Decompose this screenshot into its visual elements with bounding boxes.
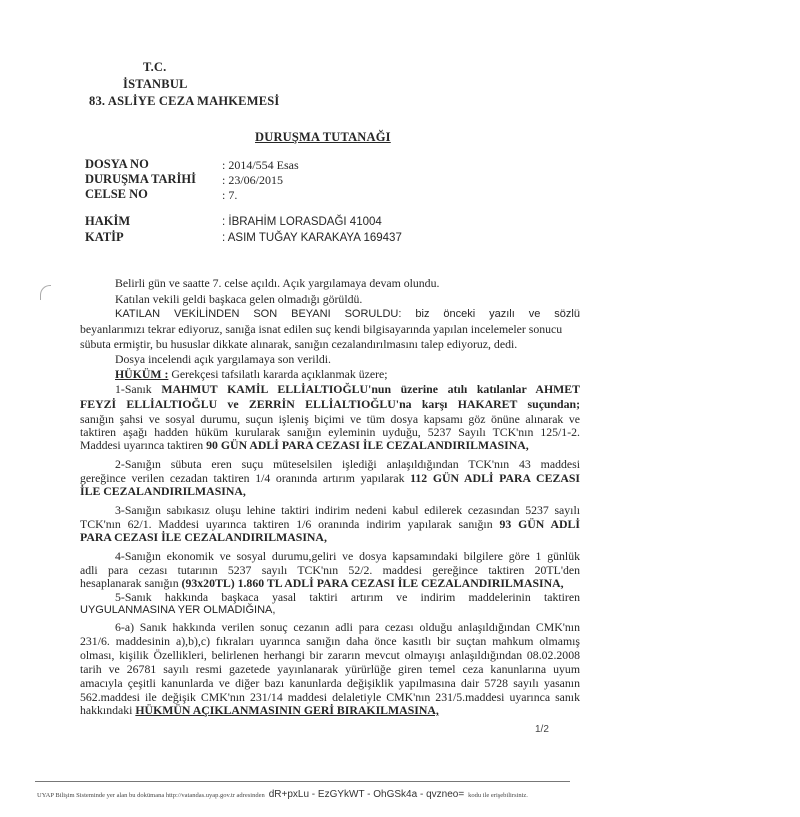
item3-l2: TCK'nın 62/1. Maddesi uyarınca taktiren …: [80, 517, 580, 531]
hukum-label: HÜKÜM :: [115, 367, 168, 381]
field-label-dosya-no: DOSYA NO: [85, 157, 149, 172]
field-value-katip: : ASIM TUĞAY KARAKAYA 169437: [222, 232, 402, 244]
item1-l5: Maddesi uyarınca taktiren 90 GÜN ADLİ PA…: [80, 438, 529, 452]
item6-l6: 562.maddesi ile değişik CMK'nın 231/14 m…: [80, 690, 580, 704]
header-city: İSTANBUL: [123, 77, 188, 92]
header-tc: T.C.: [143, 60, 167, 75]
item2-l1: 2-Sanığın sübuta eren suçu müteselsilen …: [115, 457, 580, 471]
document-title: DURUŞMA TUTANAĞI: [255, 130, 391, 145]
footer: UYAP Bilişim Sisteminde yer alan bu dokü…: [37, 784, 528, 802]
scan-mark: [40, 285, 51, 300]
paragraph-attendance: Katılan vekili geldi başkaca gelen olmad…: [115, 292, 362, 306]
item2-l3: İLE CEZALANDIRILMASINA,: [80, 484, 246, 498]
footer-text: UYAP Bilişim Sisteminde yer alan bu dokü…: [37, 792, 265, 799]
paragraph-statement-l1: KATILAN VEKİLİNDEN SON BEYANI SORULDU: b…: [115, 307, 580, 321]
item1-l4: taktiren aşağı hadden hüküm kurularak sa…: [80, 425, 580, 439]
item4-l3: hesaplanarak sanığın (93x20TL) 1.860 TL …: [80, 576, 564, 590]
field-value-hakim: : İBRAHİM LORASDAĞI 41004: [222, 216, 382, 228]
item2-l2: gereğince verilen cezadan taktiren 1/4 o…: [80, 471, 580, 485]
item3-l1: 3-Sanığın sabıkasız oluşu lehine taktiri…: [115, 503, 580, 517]
hukum-text: Gerekçesi tafsilatlı kararda açıklanmak …: [168, 367, 387, 381]
item4-l2: adli para cezası tutarının 5237 sayılı T…: [80, 563, 580, 577]
item1-l2: FEYZİ ELLİALTIOĞLU ve ZERRİN ELLİALTIOĞL…: [80, 397, 580, 411]
item6-l4: tarih ve 26781 sayılı resmi gazetede yay…: [80, 662, 580, 676]
paragraph-statement-l2: beyanlarımızı tekrar ediyoruz, sanığa is…: [80, 322, 562, 336]
item6-l1: 6-a) Sanık hakkında verilen sonuç cezanı…: [115, 620, 580, 634]
paragraph-closed: Dosya incelendi açık yargılamaya son ver…: [115, 352, 331, 366]
item5-l2: UYGULANMASINA YER OLMADIĞINA,: [80, 603, 275, 617]
paragraph-statement-l3: sübuta ermiştir, bu hususlar dikkate alı…: [80, 337, 517, 351]
item6-l5: amacıyla çeşitli kanunlarda ve diğer baz…: [80, 676, 580, 690]
field-value-durusma-tarihi: : 23/06/2015: [222, 173, 283, 188]
item4-l1: 4-Sanığın ekonomik ve sosyal durumu,geli…: [115, 549, 580, 563]
footer-suffix: kodu ile erişebilirsiniz.: [468, 792, 528, 799]
field-label-durusma-tarihi: DURUŞMA TARİHİ: [85, 172, 196, 187]
field-value-dosya-no: : 2014/554 Esas: [222, 158, 299, 173]
field-value-celse-no: : 7.: [222, 188, 237, 203]
item3-l3: PARA CEZASI İLE CEZALANDIRILMASINA,: [80, 530, 327, 544]
field-label-celse-no: CELSE NO: [85, 187, 148, 202]
header-court: 83. ASLİYE CEZA MAHKEMESİ: [89, 94, 279, 109]
item1-l1: 1-Sanık MAHMUT KAMİL ELLİALTIOĞLU'nun üz…: [115, 382, 580, 396]
field-label-hakim: HAKİM: [85, 214, 130, 229]
hukum-line: HÜKÜM : Gerekçesi tafsilatlı kararda açı…: [115, 367, 388, 381]
item6-l3: olması, kişilik Özellikleri, belirlenen …: [80, 648, 580, 662]
paragraph-opening: Belirli gün ve saatte 7. celse açıldı. A…: [115, 276, 439, 290]
item5-l1: 5-Sanık hakkında başkaca yasal taktiri a…: [115, 590, 580, 604]
page-number: 1/2: [535, 724, 549, 735]
field-label-katip: KATİP: [85, 230, 124, 245]
item6-l7: hakkındaki HÜKMÜN AÇIKLANMASININ GERİ BI…: [80, 703, 439, 717]
footer-rule: [35, 781, 570, 782]
item1-l3: sanığın şahsi ve sosyal durumu, suçun iş…: [80, 412, 580, 426]
footer-code: dR+pxLu - EzGYkWT - OhGSk4a - qvzneo=: [269, 789, 464, 800]
item6-l2: 231/6. maddesinin a),b),c) fıkraları uya…: [80, 634, 580, 648]
